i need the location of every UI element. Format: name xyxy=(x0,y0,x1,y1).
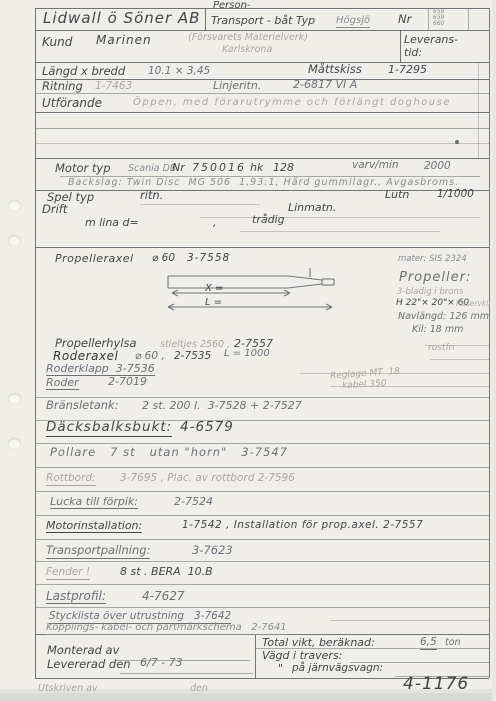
form-rule-horizontal xyxy=(35,515,489,516)
delivery-time-label-2: tid: xyxy=(404,47,422,58)
total-weight-value: 6,5 xyxy=(420,637,437,650)
customer-organisation: (Försvarets Materielverk) xyxy=(188,33,308,43)
fender-label: Fender ! xyxy=(46,567,90,580)
customer-label: Kund xyxy=(42,36,72,48)
document-number: 4-1176 xyxy=(403,676,469,693)
lines-drawing-number: 2-6817 VI A xyxy=(293,79,357,90)
engine-installation-value: 1-7542 , Installation för prop.axel. 2-7… xyxy=(182,520,423,531)
form-rule-horizontal xyxy=(120,673,253,674)
motor-rpm-label: varv/min xyxy=(352,160,399,171)
customer-city: Karlskrona xyxy=(222,45,272,55)
form-rule-horizontal xyxy=(35,112,489,113)
form-rule-horizontal xyxy=(140,204,260,205)
rudder-shaft-diameter: ⌀ 60 , xyxy=(135,351,165,362)
form-rule-vertical xyxy=(478,62,479,158)
engine-installation-label: Motorinstallation: xyxy=(46,520,142,533)
serial-number: 660 xyxy=(433,21,444,27)
form-rule-horizontal xyxy=(35,607,489,608)
dimensions-label: Längd x bredd xyxy=(42,66,125,78)
form-rule-horizontal xyxy=(240,231,440,232)
weighed-railcar-label: på järnvägsvagn: xyxy=(292,663,383,674)
wire-line-label: m lina d= xyxy=(85,217,139,228)
deck-beam-camber-number: 4-6579 xyxy=(180,421,234,435)
fuel-tank-label: Bränsletank: xyxy=(46,400,119,412)
propeller-shaft-label: Propelleraxel xyxy=(55,253,134,264)
form-rule-horizontal xyxy=(35,143,489,144)
form-rule-vertical xyxy=(400,30,401,62)
boat-type-value: Högsjö xyxy=(336,16,370,28)
form-rule-horizontal xyxy=(35,158,489,159)
rubbing-strake-label: Rottbord: xyxy=(46,473,96,486)
incline-value: 1/1000 xyxy=(437,189,474,200)
drive-label: Drift xyxy=(42,204,67,216)
propeller-size-note: Reservkil xyxy=(456,300,490,308)
delivered-date-value: 6/7 - 73 xyxy=(140,657,183,668)
rubbing-strake-value: 3-7695 , Plac. av rottbord 2-7596 xyxy=(120,473,295,484)
delivered-date-label: Levererad den xyxy=(47,659,131,671)
motor-nr-label: Nr xyxy=(172,162,185,173)
rudder-shaft-length: L = 1000 xyxy=(224,349,270,359)
motor-make: Scania DB xyxy=(128,164,176,174)
winch-drawing-label: ritn. xyxy=(140,190,163,202)
measure-sketch-label: Måttskiss xyxy=(308,64,362,76)
rudder-number: 2-7019 xyxy=(108,376,147,387)
propeller-shaft-drawing xyxy=(160,268,345,318)
motor-label: Motor typ xyxy=(55,163,111,175)
fuel-tank-value: 2 st. 200 l. 3-7528 + 2-7527 xyxy=(142,400,302,411)
rudder-shaft-number: 2-7535 xyxy=(174,351,211,362)
forepeak-hatch-label: Lucka till förpik: xyxy=(50,496,138,509)
motor-rpm-value: 2000 xyxy=(424,161,451,172)
rudder-label: Roder xyxy=(46,377,79,390)
nr-label: Nr xyxy=(398,14,411,26)
design-label: Utförande xyxy=(42,97,102,109)
form-rule-vertical xyxy=(35,8,36,678)
form-rule-horizontal xyxy=(35,539,489,540)
propeller-title: Propeller: xyxy=(399,271,471,284)
gearbox-note: Backslag: Twin Disc MG 506 1,93:1, Hård … xyxy=(68,178,459,188)
load-profile-label: Lastprofil: xyxy=(46,590,106,604)
incline-label: Lutn xyxy=(385,189,409,200)
boat-type-line: Transport - båt Typ xyxy=(211,15,315,26)
shaft-material: mater: SIS 2324 xyxy=(398,255,467,264)
load-profile-number: 4-7627 xyxy=(142,590,185,602)
form-rule-vertical xyxy=(489,8,490,678)
total-weight-label: Total vikt, beräknad: xyxy=(262,637,375,648)
deck-beam-camber-label: Däcksbalksbukt: xyxy=(46,421,172,437)
top-corner-number: 4-1176 xyxy=(437,0,472,3)
line-feed-label: Linmatn. xyxy=(288,202,336,213)
form-rule-horizontal xyxy=(35,561,489,562)
scan-edge-bottom xyxy=(0,693,496,701)
company-name: Lidwall ö Söner AB xyxy=(43,11,200,26)
boat-type-prefix: Person- xyxy=(213,1,251,11)
comma-mark: , xyxy=(213,217,217,228)
fender-value: 8 st . BERA 10.B xyxy=(120,566,213,577)
dimensions-value: 10.1 × 3,45 xyxy=(148,66,210,77)
transport-cradle-number: 3-7623 xyxy=(192,545,233,557)
propeller-blades: 3-bladig i brons xyxy=(397,288,463,297)
weighed-crane-label: Vägd i travers: xyxy=(262,650,342,661)
form-rule-horizontal xyxy=(35,443,489,444)
punch-hole xyxy=(8,393,21,404)
strand-label: trådig xyxy=(252,214,285,225)
propeller-sleeve-label: Propellerhylsa xyxy=(55,338,137,350)
printed-date-label: den xyxy=(190,684,208,694)
form-rule-horizontal xyxy=(35,93,489,94)
form-rule-vertical xyxy=(205,8,206,30)
assembled-by-label: Monterad av xyxy=(47,645,119,657)
form-rule-horizontal xyxy=(330,620,489,621)
form-rule-horizontal xyxy=(35,128,489,129)
customer-name: Marinen xyxy=(96,34,152,46)
bollard-line: Pollare 7 st utan "horn" 3-7547 xyxy=(50,447,288,459)
form-rule-vertical xyxy=(255,634,256,678)
propeller-sleeve-note: stieltjes 2560 , xyxy=(160,340,230,350)
punch-hole xyxy=(8,200,21,211)
punch-hole xyxy=(8,235,21,246)
dimension-x-label: X = xyxy=(205,284,223,294)
propeller-shaft-diameter: ⌀ 60 xyxy=(152,253,175,264)
drawing-number: 1-7463 xyxy=(95,81,132,92)
rudder-shaft-material-note: rostfri xyxy=(428,344,455,353)
cable-note: kabel 350 xyxy=(342,380,387,391)
measure-sketch-number: 1-7295 xyxy=(388,64,427,75)
forepeak-hatch-number: 2-7524 xyxy=(174,496,213,507)
key-size: Kil: 18 mm xyxy=(412,325,463,335)
motor-hp-label: hk xyxy=(250,162,263,173)
form-rule-horizontal xyxy=(35,247,489,248)
lines-drawing-label: Linjeritn. xyxy=(213,80,261,91)
form-rule-vertical xyxy=(468,9,469,30)
form-rule-horizontal xyxy=(200,217,480,218)
dimension-l-label: L = xyxy=(205,298,222,308)
drawing-label: Ritning xyxy=(42,81,83,93)
motor-nr-value: 750016 xyxy=(192,162,246,173)
delivery-time-label: Leverans- xyxy=(404,34,458,45)
ditto-mark: " xyxy=(278,663,283,674)
motor-hp-value: 128 xyxy=(273,162,294,173)
form-rule-horizontal xyxy=(35,584,489,585)
propeller-shaft-number: 3-7558 xyxy=(187,253,230,264)
form-rule-horizontal xyxy=(35,467,489,468)
scanned-form-page: 4-1176 Lidwall ö Söner AB Person- Transp… xyxy=(0,0,496,701)
form-rule-horizontal xyxy=(430,359,489,360)
form-rule-horizontal xyxy=(35,491,489,492)
scan-edge-right xyxy=(492,0,496,701)
design-value: Öppen, med förarutrymme och förlängt dog… xyxy=(133,98,451,108)
transport-cradle-label: Transportpallning: xyxy=(46,545,150,559)
total-weight-unit: ton xyxy=(445,638,461,648)
hub-length: Navlängd: 126 mm xyxy=(398,312,489,322)
form-rule-horizontal xyxy=(35,190,489,191)
rudder-shaft-label: Roderaxel xyxy=(53,350,118,362)
punch-hole xyxy=(8,438,21,449)
wiring-diagram-line: Kopplings- kabel- och partmärkschema 2-7… xyxy=(46,623,287,635)
printed-by-label: Utskriven av xyxy=(38,684,98,694)
form-rule-vertical xyxy=(428,9,429,30)
form-rule-horizontal xyxy=(35,30,489,31)
